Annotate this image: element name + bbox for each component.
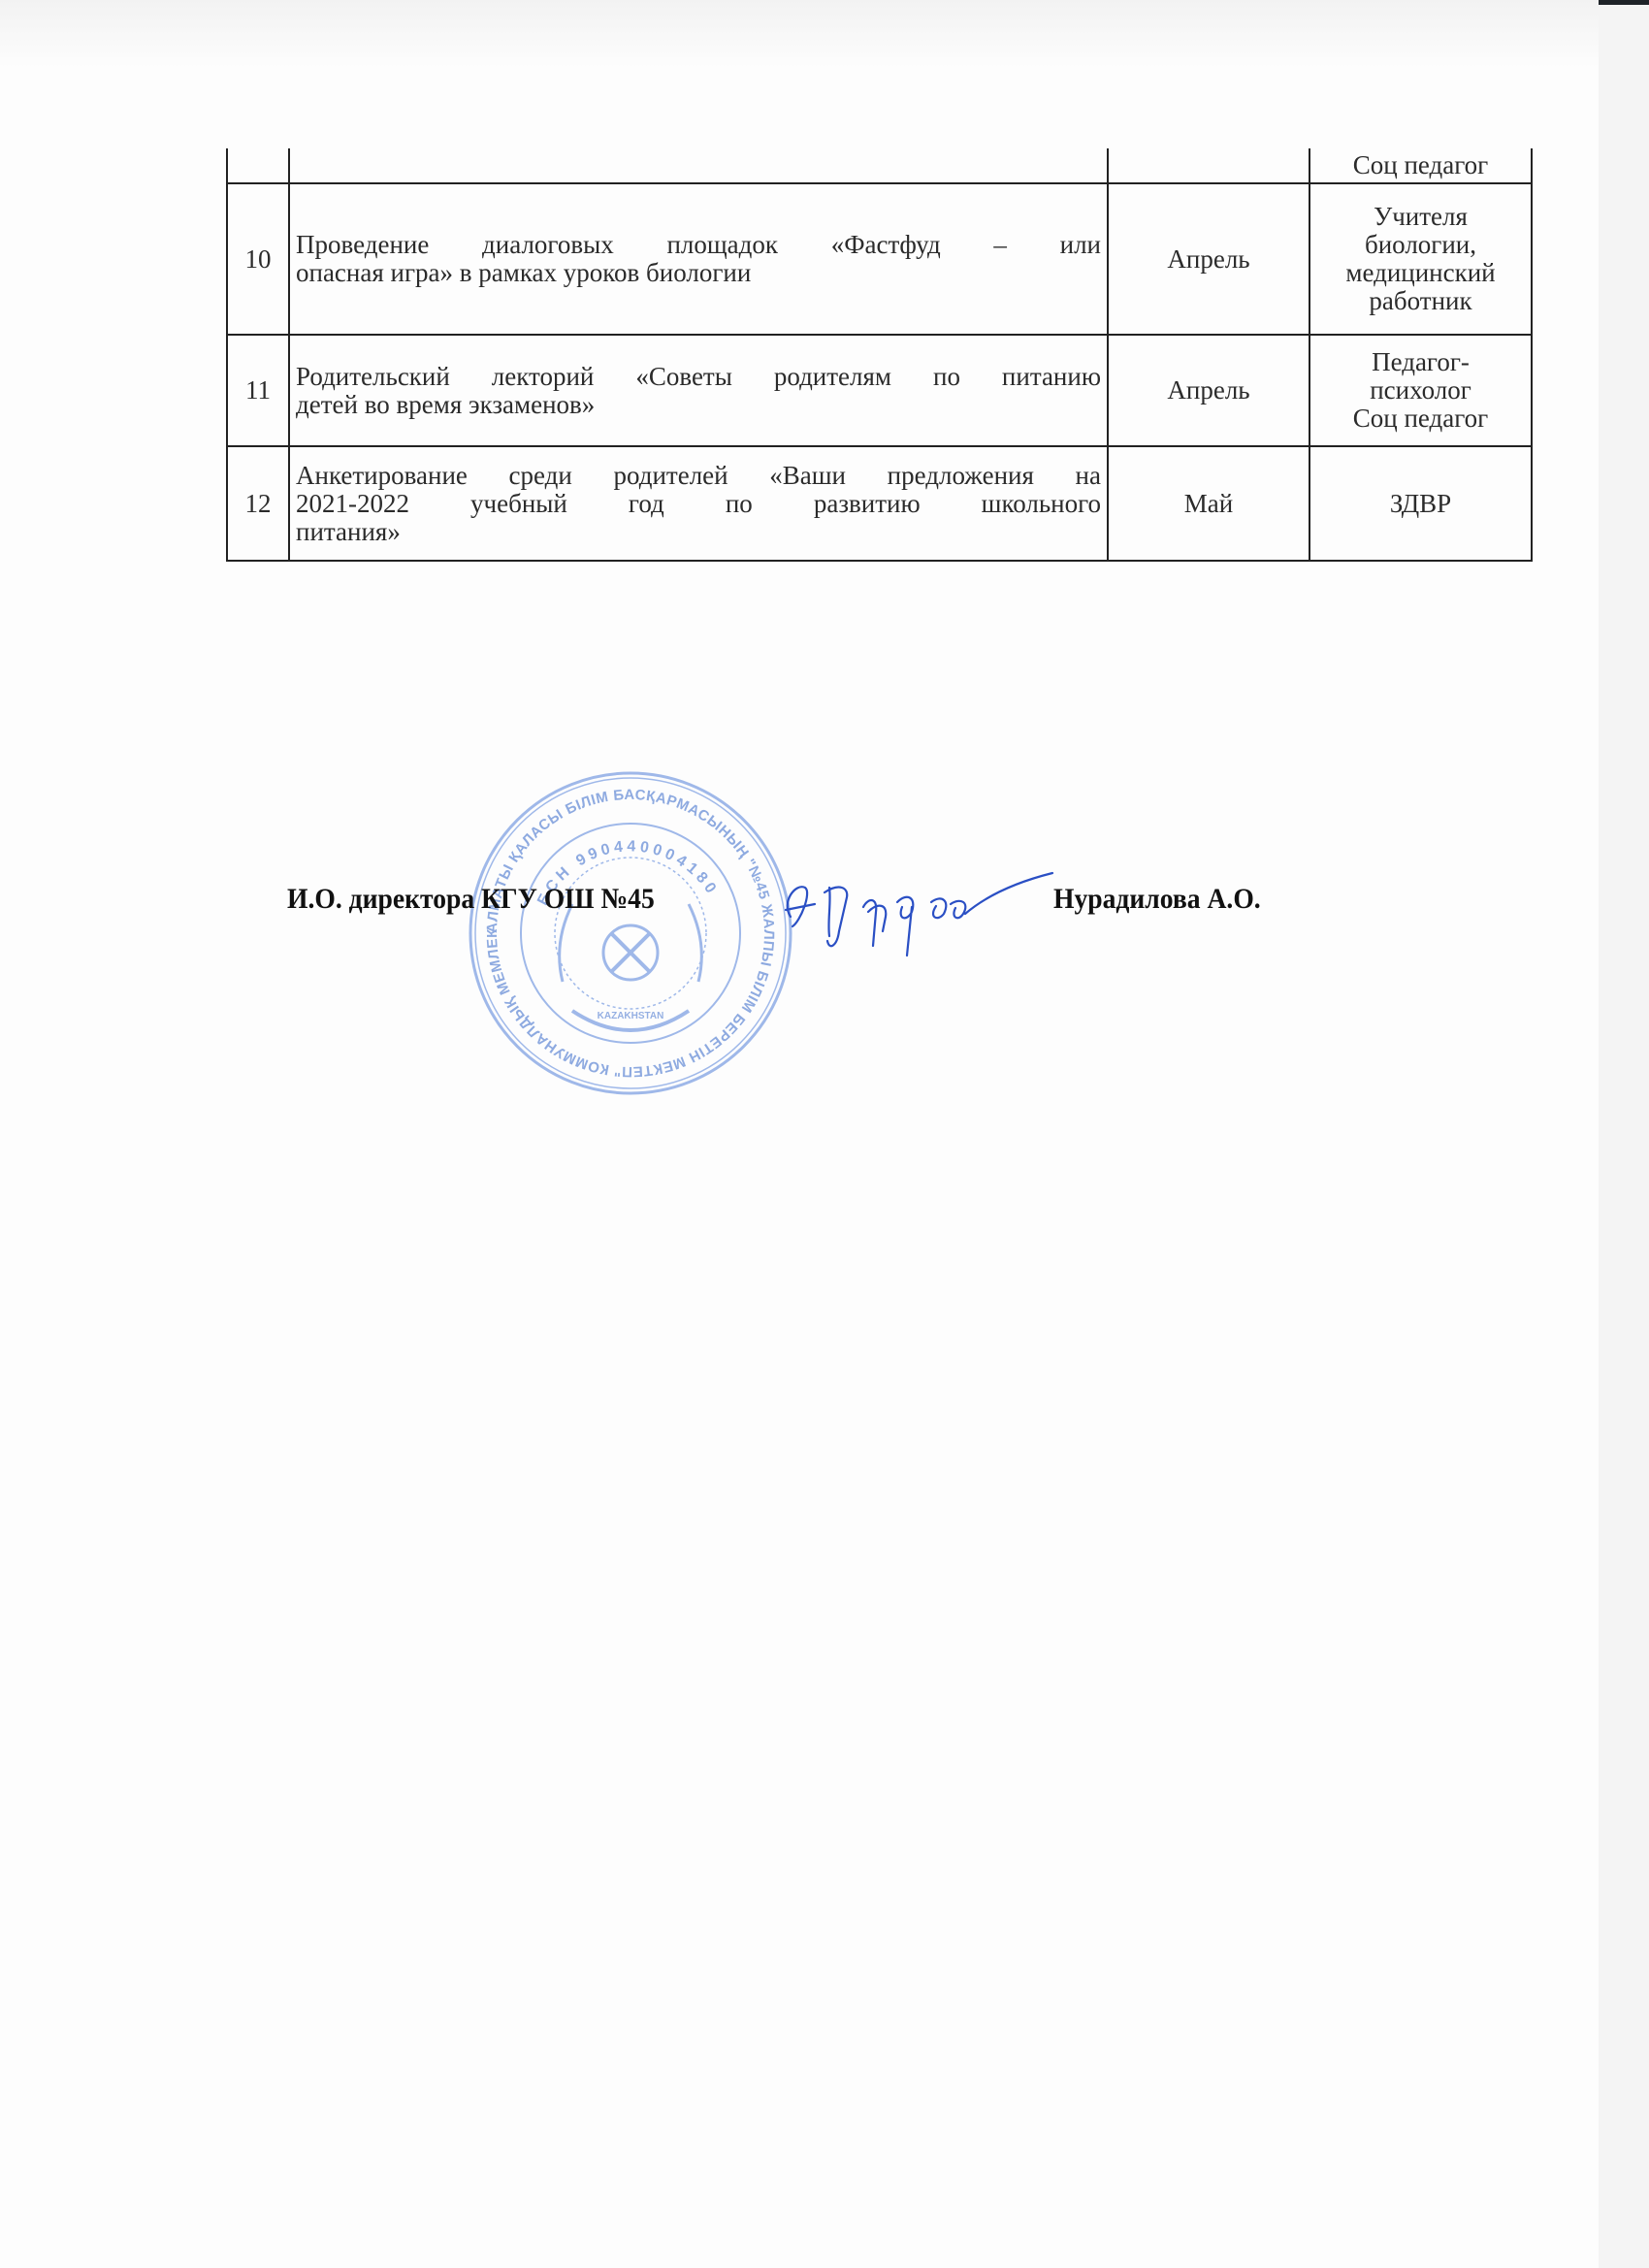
responsible-line: Педагог- bbox=[1316, 348, 1525, 376]
handwritten-signature-icon bbox=[771, 844, 1062, 960]
scan-artifact-top bbox=[0, 0, 1599, 68]
event-line: Анкетирование среди родителей «Ваши пред… bbox=[296, 462, 1101, 490]
responsible-line: работник bbox=[1316, 287, 1525, 315]
scan-artifact-corner bbox=[1599, 0, 1649, 5]
row-number: 11 bbox=[227, 335, 289, 446]
responsible-line: ЗДВР bbox=[1316, 490, 1525, 518]
table-row: 11 Родительский лекторий «Советы родител… bbox=[227, 335, 1532, 446]
row-number: 10 bbox=[227, 183, 289, 335]
month-cell: Апрель bbox=[1108, 183, 1309, 335]
activity-plan-table: Соц педагог 10 Проведение диалоговых пло… bbox=[226, 148, 1533, 562]
month-cell: Апрель bbox=[1108, 335, 1309, 446]
event-line: опасная игра» в рамках уроков биологии bbox=[296, 259, 1101, 287]
event-line: питания» bbox=[296, 518, 1101, 546]
responsible-cell: Педагог- психолог Соц педагог bbox=[1309, 335, 1532, 446]
responsible-line: медицинский bbox=[1316, 259, 1525, 287]
responsible-line: Соц педагог bbox=[1316, 405, 1525, 433]
signer-position: И.О. директора КГУ ОШ №45 bbox=[287, 883, 655, 916]
responsible-line: психолог bbox=[1316, 376, 1525, 405]
table-row: 12 Анкетирование среди родителей «Ваши п… bbox=[227, 446, 1532, 561]
event-line: Родительский лекторий «Советы родителям … bbox=[296, 363, 1101, 391]
responsible-cell: Соц педагог bbox=[1309, 148, 1532, 183]
responsible-line: Соц педагог bbox=[1316, 151, 1525, 179]
responsible-line: биологии, bbox=[1316, 231, 1525, 259]
row-number: 12 bbox=[227, 446, 289, 561]
table-row: 10 Проведение диалоговых площадок «Фастф… bbox=[227, 183, 1532, 335]
responsible-line: Учителя bbox=[1316, 203, 1525, 231]
event-line: детей во время экзаменов» bbox=[296, 391, 1101, 419]
event-cell: Анкетирование среди родителей «Ваши пред… bbox=[289, 446, 1108, 561]
event-line: Проведение диалоговых площадок «Фастфуд … bbox=[296, 231, 1101, 259]
signer-name: Нурадилова А.О. bbox=[1053, 883, 1261, 916]
responsible-cell: Учителя биологии, медицинский работник bbox=[1309, 183, 1532, 335]
row-number bbox=[227, 148, 289, 183]
month-cell bbox=[1108, 148, 1309, 183]
event-cell: Родительский лекторий «Советы родителям … bbox=[289, 335, 1108, 446]
responsible-cell: ЗДВР bbox=[1309, 446, 1532, 561]
stamp-inner-text: KAZAKHSTAN bbox=[598, 1011, 664, 1021]
month-cell: Май bbox=[1108, 446, 1309, 561]
scan-artifact-right-edge bbox=[1599, 0, 1649, 2268]
table-row-continuation: Соц педагог bbox=[227, 148, 1532, 183]
event-cell: Проведение диалоговых площадок «Фастфуд … bbox=[289, 183, 1108, 335]
official-stamp-icon: АЛМАТЫ ҚАЛАСЫ БІЛІМ БАСҚАРМАСЫНЫҢ "№45 Ж… bbox=[466, 768, 795, 1098]
event-cell bbox=[289, 148, 1108, 183]
event-line: 2021-2022 учебный год по развитию школьн… bbox=[296, 490, 1101, 518]
